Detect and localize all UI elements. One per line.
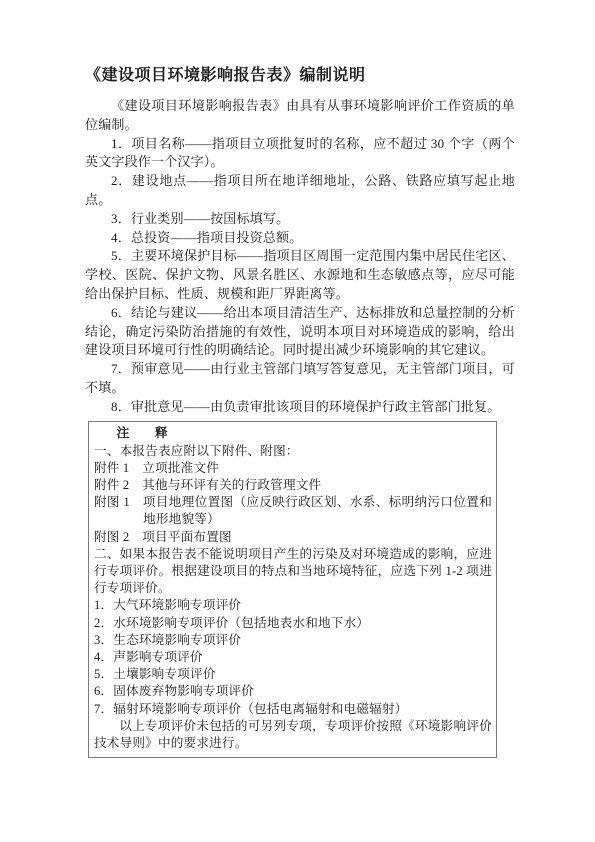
- note-line-eval-5: 5．土壤影响专项评价: [94, 666, 492, 683]
- note-line-eval-7: 7．辐射环境影响专项评价（包括电离辐射和电磁辐射）: [94, 701, 492, 718]
- notes-box: 注 释 一、本报告表应附以下附件、附图： 附件 1 立项批准文件 附件 2 其他…: [88, 421, 497, 759]
- document-page: 《建设项目环境影响报告表》编制说明 《建设项目环境影响报告表》由具有从事环境影响…: [0, 0, 595, 842]
- paragraph-item-5: 5．主要环境保护目标——指项目区周围一定范围内集中居民住宅区、学校、医院、保护文…: [85, 247, 515, 303]
- note-line-figure-1: 附图 1 项目地理位置图（应反映行政区划、水系、标明纳污口位置和地形地貌等）: [94, 494, 492, 528]
- note-line-attachment-2: 附件 2 其他与环评有关的行政管理文件: [94, 477, 492, 494]
- paragraph-item-4: 4．总投资——指项目投资总额。: [85, 229, 515, 248]
- note-line-eval-4: 4．声影响专项评价: [94, 649, 492, 666]
- note-line-figure-2: 附图 2 项目平面布置图: [94, 529, 492, 546]
- paragraph-item-8: 8．审批意见——由负责审批该项目的环境保护行政主管部门批复。: [85, 398, 515, 417]
- paragraph-item-2: 2．建设地点——指项目所在地详细地址，公路、铁路应填写起止地点。: [85, 172, 515, 210]
- note-line-closing: 以上专项评价未包括的可另列专项，专项评价按照《环境影响评价技术导则》中的要求进行…: [94, 718, 492, 752]
- paragraph-item-7: 7．预审意见——由行业主管部门填写答复意见，无主管部门项目，可不填。: [85, 360, 515, 398]
- notes-box-title: 注 释: [94, 424, 492, 443]
- note-line-eval-6: 6．固体废弃物影响专项评价: [94, 683, 492, 700]
- note-line-eval-1: 1．大气环境影响专项评价: [94, 597, 492, 614]
- note-line-eval-3: 3．生态环境影响专项评价: [94, 632, 492, 649]
- note-line-attachment-1: 附件 1 立项批准文件: [94, 460, 492, 477]
- paragraph-item-3: 3．行业类别——按国标填写。: [85, 210, 515, 229]
- note-line-section-2: 二、如果本报告表不能说明项目产生的污染及对环境造成的影响，应进行专项评价。根据建…: [94, 546, 492, 598]
- paragraph-item-6: 6．结论与建议——给出本项目清洁生产、达标排放和总量控制的分析结论，确定污染防治…: [85, 304, 515, 360]
- document-title: 《建设项目环境影响报告表》编制说明: [85, 64, 515, 88]
- paragraph-intro: 《建设项目环境影响报告表》由具有从事环境影响评价工作资质的单位编制。: [85, 97, 515, 135]
- note-line-section-1: 一、本报告表应附以下附件、附图：: [94, 443, 492, 460]
- note-line-eval-2: 2．水环境影响专项评价（包括地表水和地下水）: [94, 615, 492, 632]
- paragraph-item-1: 1．项目名称——指项目立项批复时的名称，应不超过 30 个字（两个英文字段作一个…: [85, 135, 515, 173]
